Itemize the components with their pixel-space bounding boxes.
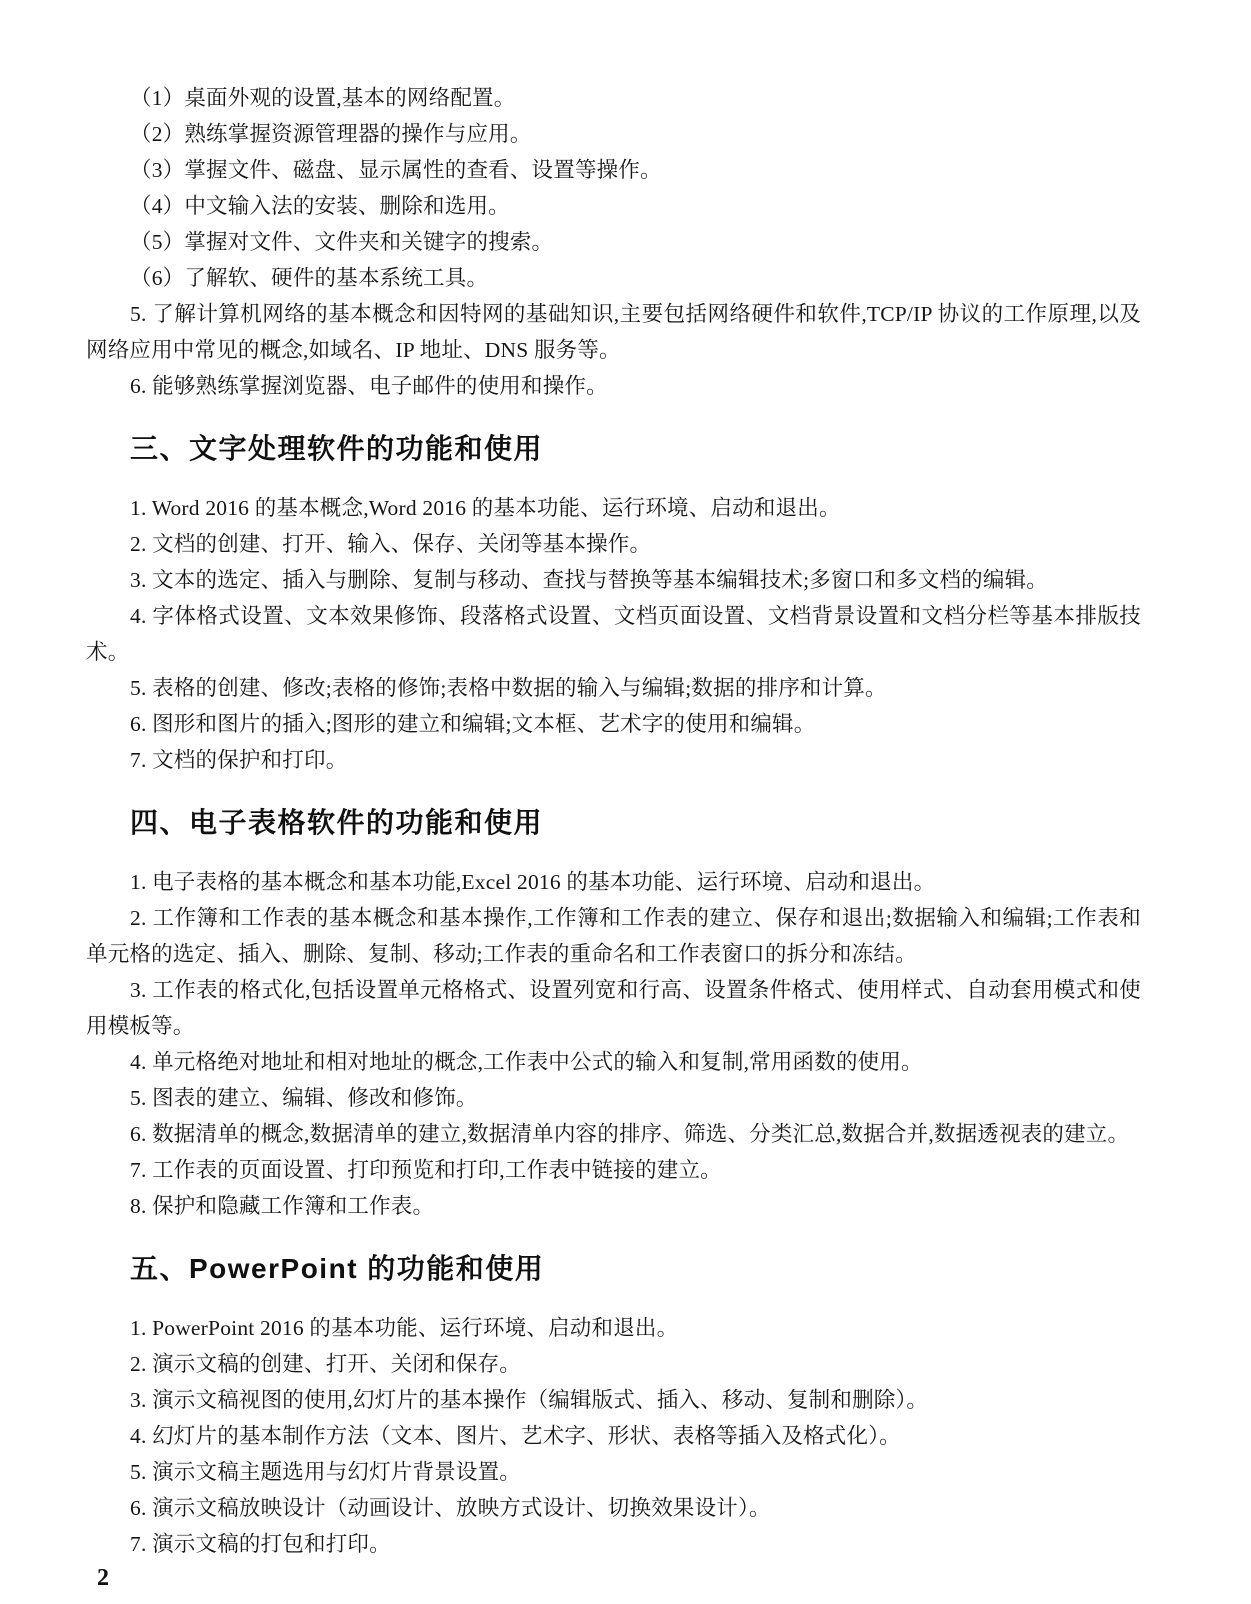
list-item: （6）了解软、硬件的基本系统工具。 [86, 260, 1141, 296]
list-item: 4. 单元格绝对地址和相对地址的概念,工作表中公式的输入和复制,常用函数的使用。 [86, 1044, 1141, 1080]
list-item: 6. 演示文稿放映设计（动画设计、放映方式设计、切换效果设计）。 [86, 1490, 1141, 1526]
section-heading: 四、电子表格软件的功能和使用 [86, 805, 1141, 841]
list-item: 6. 能够熟练掌握浏览器、电子邮件的使用和操作。 [86, 368, 1141, 404]
list-item: 7. 工作表的页面设置、打印预览和打印,工作表中链接的建立。 [86, 1152, 1141, 1188]
list-item: 8. 保护和隐藏工作簿和工作表。 [86, 1188, 1141, 1224]
list-item: 1. Word 2016 的基本概念,Word 2016 的基本功能、运行环境、… [86, 490, 1141, 526]
list-item: 4. 幻灯片的基本制作方法（文本、图片、艺术字、形状、表格等插入及格式化）。 [86, 1418, 1141, 1454]
page-number: 2 [97, 1565, 109, 1592]
list-item: 5. 图表的建立、编辑、修改和修饰。 [86, 1080, 1141, 1116]
list-item: 2. 文档的创建、打开、输入、保存、关闭等基本操作。 [86, 526, 1141, 562]
document-page: （1）桌面外观的设置,基本的网络配置。 （2）熟练掌握资源管理器的操作与应用。 … [0, 0, 1251, 1604]
section-heading: 三、文字处理软件的功能和使用 [86, 431, 1141, 467]
list-item: 6. 数据清单的概念,数据清单的建立,数据清单内容的排序、筛选、分类汇总,数据合… [86, 1116, 1141, 1152]
list-item: 1. 电子表格的基本概念和基本功能,Excel 2016 的基本功能、运行环境、… [86, 864, 1141, 900]
section-heading: 五、PowerPoint 的功能和使用 [86, 1251, 1141, 1287]
list-item: （5）掌握对文件、文件夹和关键字的搜索。 [86, 224, 1141, 260]
list-item: 7. 文档的保护和打印。 [86, 742, 1141, 778]
list-item: 1. PowerPoint 2016 的基本功能、运行环境、启动和退出。 [86, 1310, 1141, 1346]
list-item: 7. 演示文稿的打包和打印。 [86, 1526, 1141, 1562]
list-item: 5. 了解计算机网络的基本概念和因特网的基础知识,主要包括网络硬件和软件,TCP… [86, 296, 1141, 368]
list-item: 5. 表格的创建、修改;表格的修饰;表格中数据的输入与编辑;数据的排序和计算。 [86, 670, 1141, 706]
list-item: 3. 文本的选定、插入与删除、复制与移动、查找与替换等基本编辑技术;多窗口和多文… [86, 562, 1141, 598]
page-body: （1）桌面外观的设置,基本的网络配置。 （2）熟练掌握资源管理器的操作与应用。 … [86, 80, 1141, 1562]
list-item: 3. 工作表的格式化,包括设置单元格格式、设置列宽和行高、设置条件格式、使用样式… [86, 972, 1141, 1044]
list-item: 2. 工作簿和工作表的基本概念和基本操作,工作簿和工作表的建立、保存和退出;数据… [86, 900, 1141, 972]
list-item: （3）掌握文件、磁盘、显示属性的查看、设置等操作。 [86, 152, 1141, 188]
list-item: （2）熟练掌握资源管理器的操作与应用。 [86, 116, 1141, 152]
list-item: （1）桌面外观的设置,基本的网络配置。 [86, 80, 1141, 116]
list-item: 5. 演示文稿主题选用与幻灯片背景设置。 [86, 1454, 1141, 1490]
list-item: 3. 演示文稿视图的使用,幻灯片的基本操作（编辑版式、插入、移动、复制和删除）。 [86, 1382, 1141, 1418]
list-item: （4）中文输入法的安装、删除和选用。 [86, 188, 1141, 224]
list-item: 6. 图形和图片的插入;图形的建立和编辑;文本框、艺术字的使用和编辑。 [86, 706, 1141, 742]
list-item: 4. 字体格式设置、文本效果修饰、段落格式设置、文档页面设置、文档背景设置和文档… [86, 598, 1141, 670]
list-item: 2. 演示文稿的创建、打开、关闭和保存。 [86, 1346, 1141, 1382]
